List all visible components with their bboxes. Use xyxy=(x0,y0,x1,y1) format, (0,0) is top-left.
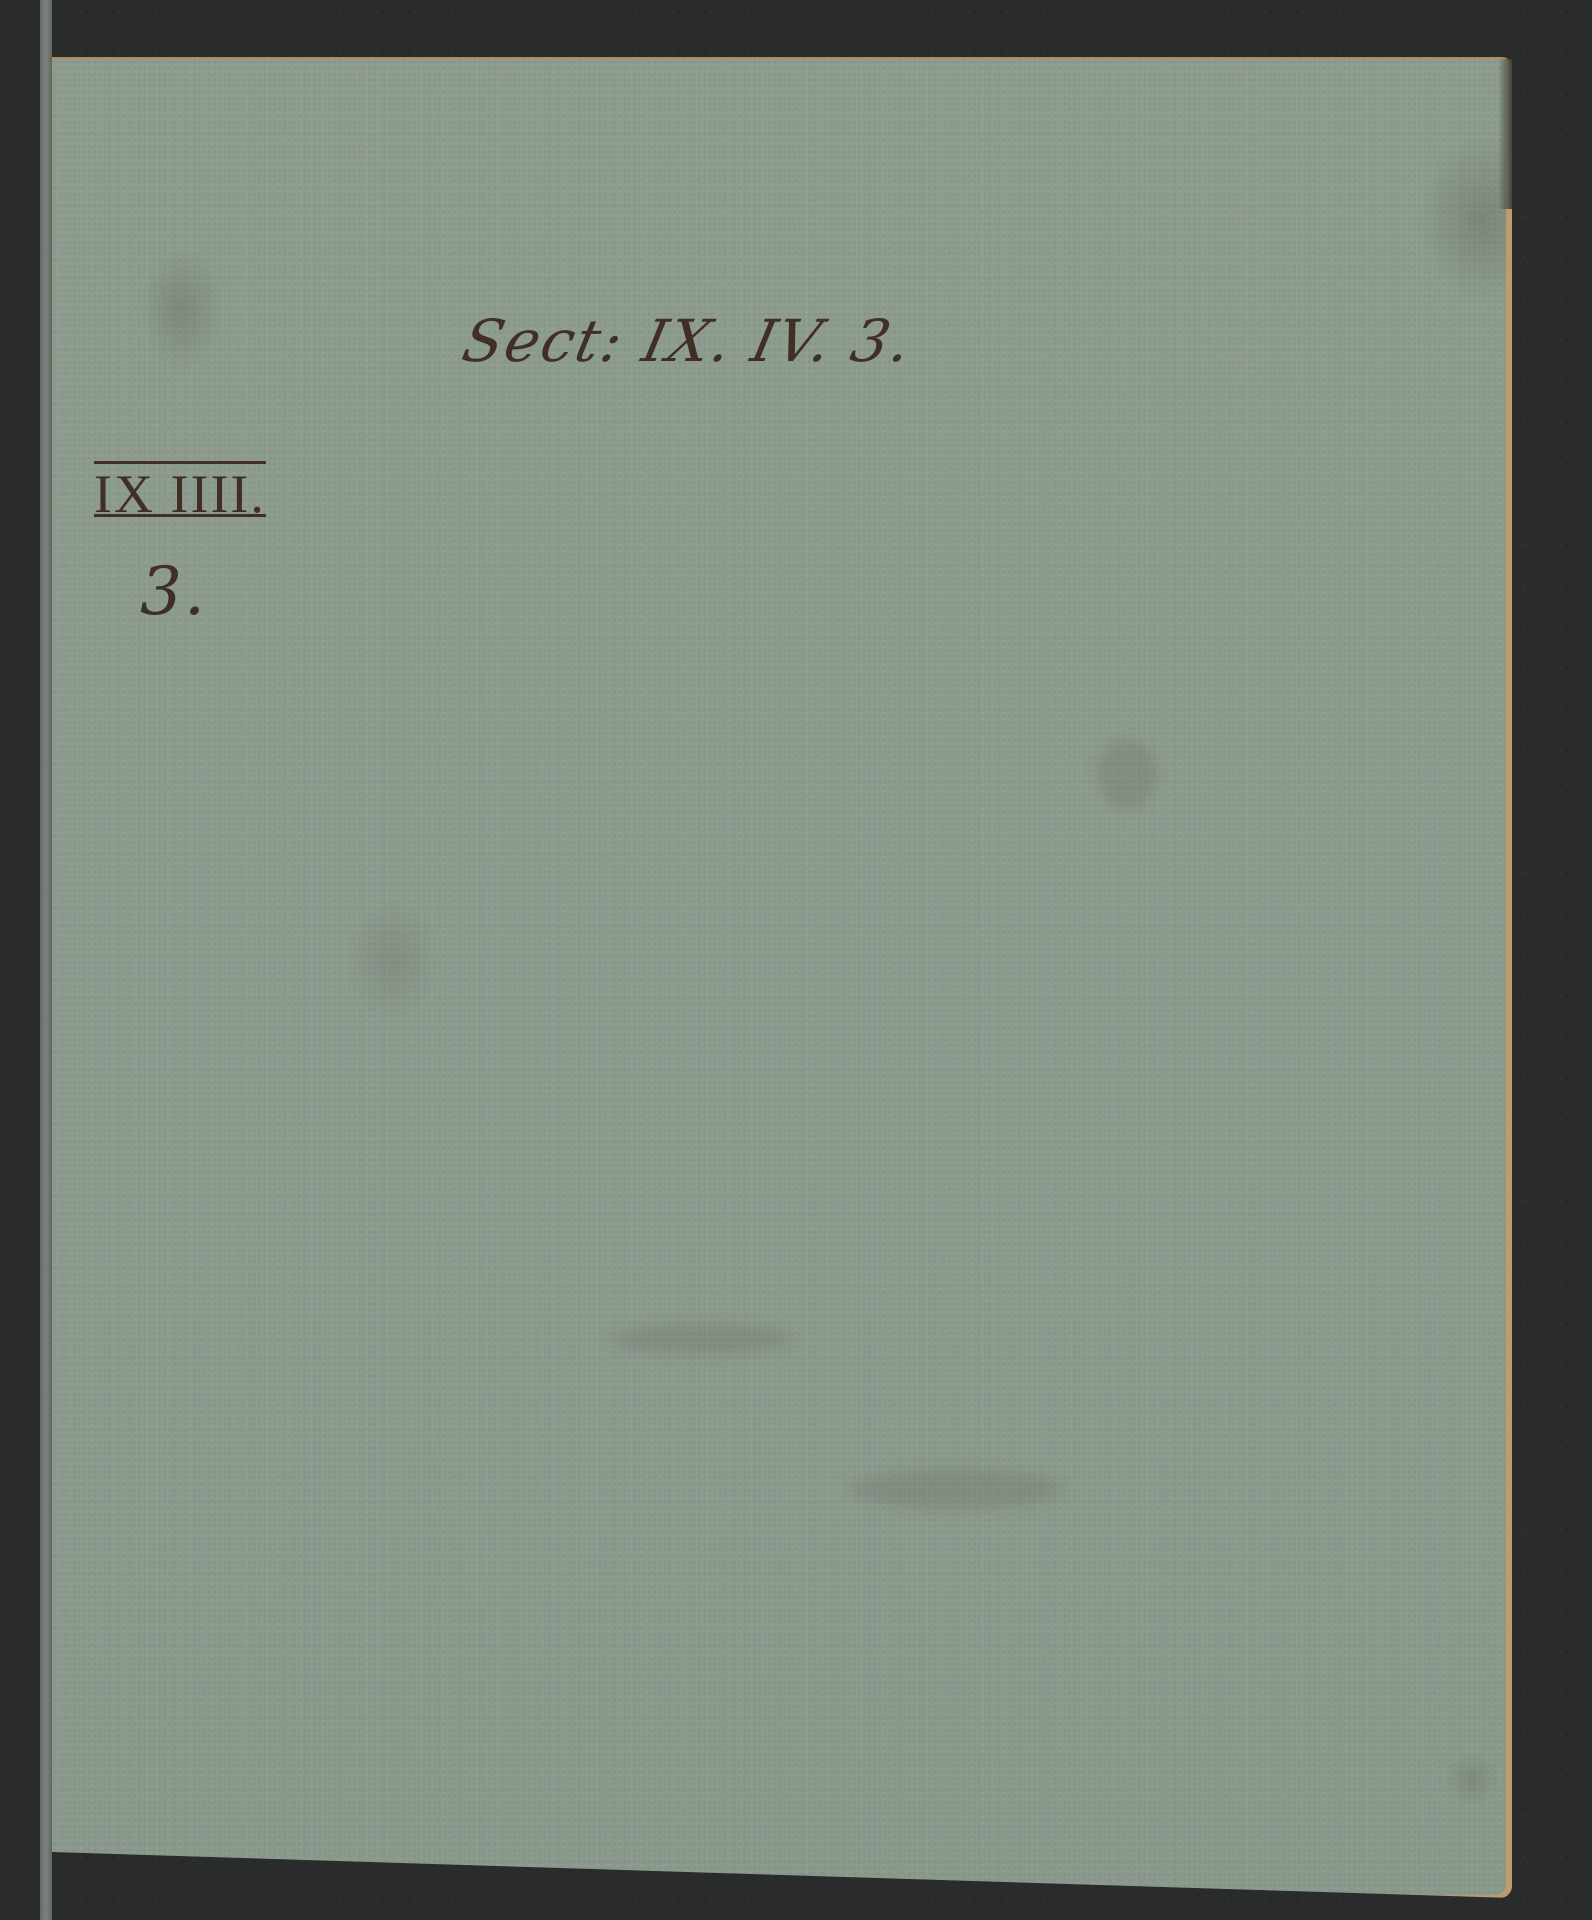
item-number-annotation: 3. xyxy=(140,553,207,630)
roman-reference-annotation: IX IIII. xyxy=(94,463,266,525)
faint-offset-stain xyxy=(852,1469,1062,1509)
shelfmark-annotation: Sect: IX. IV. 3. xyxy=(457,307,919,375)
faint-offset-stain xyxy=(612,1324,792,1354)
faint-offset-stain xyxy=(1097,739,1157,809)
scanner-ruler-strip xyxy=(40,0,52,1920)
document-cover: Sect: IX. IV. 3. IX IIII. 3. xyxy=(52,57,1512,1898)
binding-edge xyxy=(1498,59,1512,209)
